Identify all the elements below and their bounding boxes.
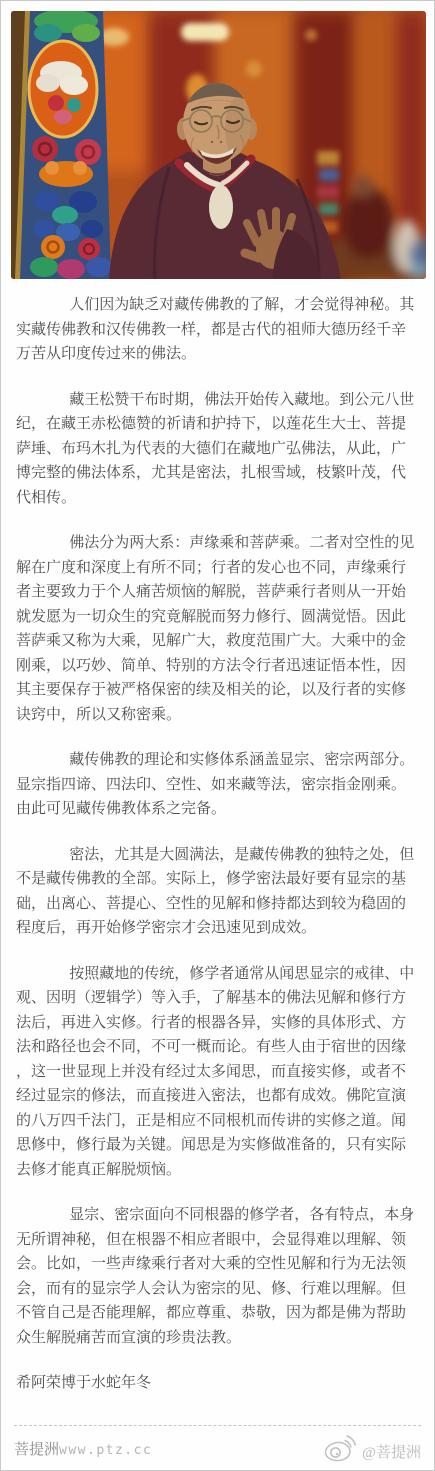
article-paragraph: 人们因为缺乏对藏传佛教的了解，才会觉得神秘。其实藏传佛教和汉传佛教一样，都是古代… [16,293,419,367]
article-paragraph: 藏王松赞干布时期，佛法开始传入藏地。到公元八世纪，在藏王赤松德赞的祈请和护持下，… [16,388,419,511]
article-page: 人们因为缺乏对藏传佛教的了解，才会觉得神秘。其实藏传佛教和汉传佛教一样，都是古代… [0,0,435,1471]
watermark-footer: 菩提洲www.ptz.cc @菩提洲 [14,1425,421,1462]
article-paragraph: 显宗、密宗面向不同根器的修学者，各有特点，本身无所谓神秘，但在根器不相应者眼中，… [16,1203,419,1350]
article-paragraph: 藏传佛教的理论和实修体系涵盖显宗、密宗两部分。显宗指四谛、四法印、空性、如来藏等… [16,748,419,822]
article-body: 人们因为缺乏对藏传佛教的了解，才会觉得神秘。其实藏传佛教和汉传佛教一样，都是古代… [16,293,419,1396]
weibo-watermark: @菩提洲 [323,1434,421,1462]
article-paragraph: 密法，尤其是大圆满法，是藏传佛教的独特之处，但不是藏传佛教的全部。实际上，修学密… [16,843,419,941]
article-signature: 希阿荣博于水蛇年冬 [16,1371,419,1396]
carved-pillar [11,11,112,279]
site-watermark: 菩提洲www.ptz.cc [14,1438,152,1459]
article-paragraph: 佛法分为两大系：声缘乘和菩萨乘。二者对空性的见解在广度和深度上有所不同；行者的发… [16,531,419,727]
site-name: 菩提洲 [14,1438,59,1459]
monk-photo [11,11,426,279]
site-url: www.ptz.cc [59,1443,152,1458]
article-paragraph: 按照藏地的传统，修学者通常从闻思显宗的戒律、中观、因明（逻辑学）等入手，了解基本… [16,962,419,1183]
weibo-handle: @菩提洲 [362,1441,421,1462]
weibo-icon [323,1434,357,1462]
